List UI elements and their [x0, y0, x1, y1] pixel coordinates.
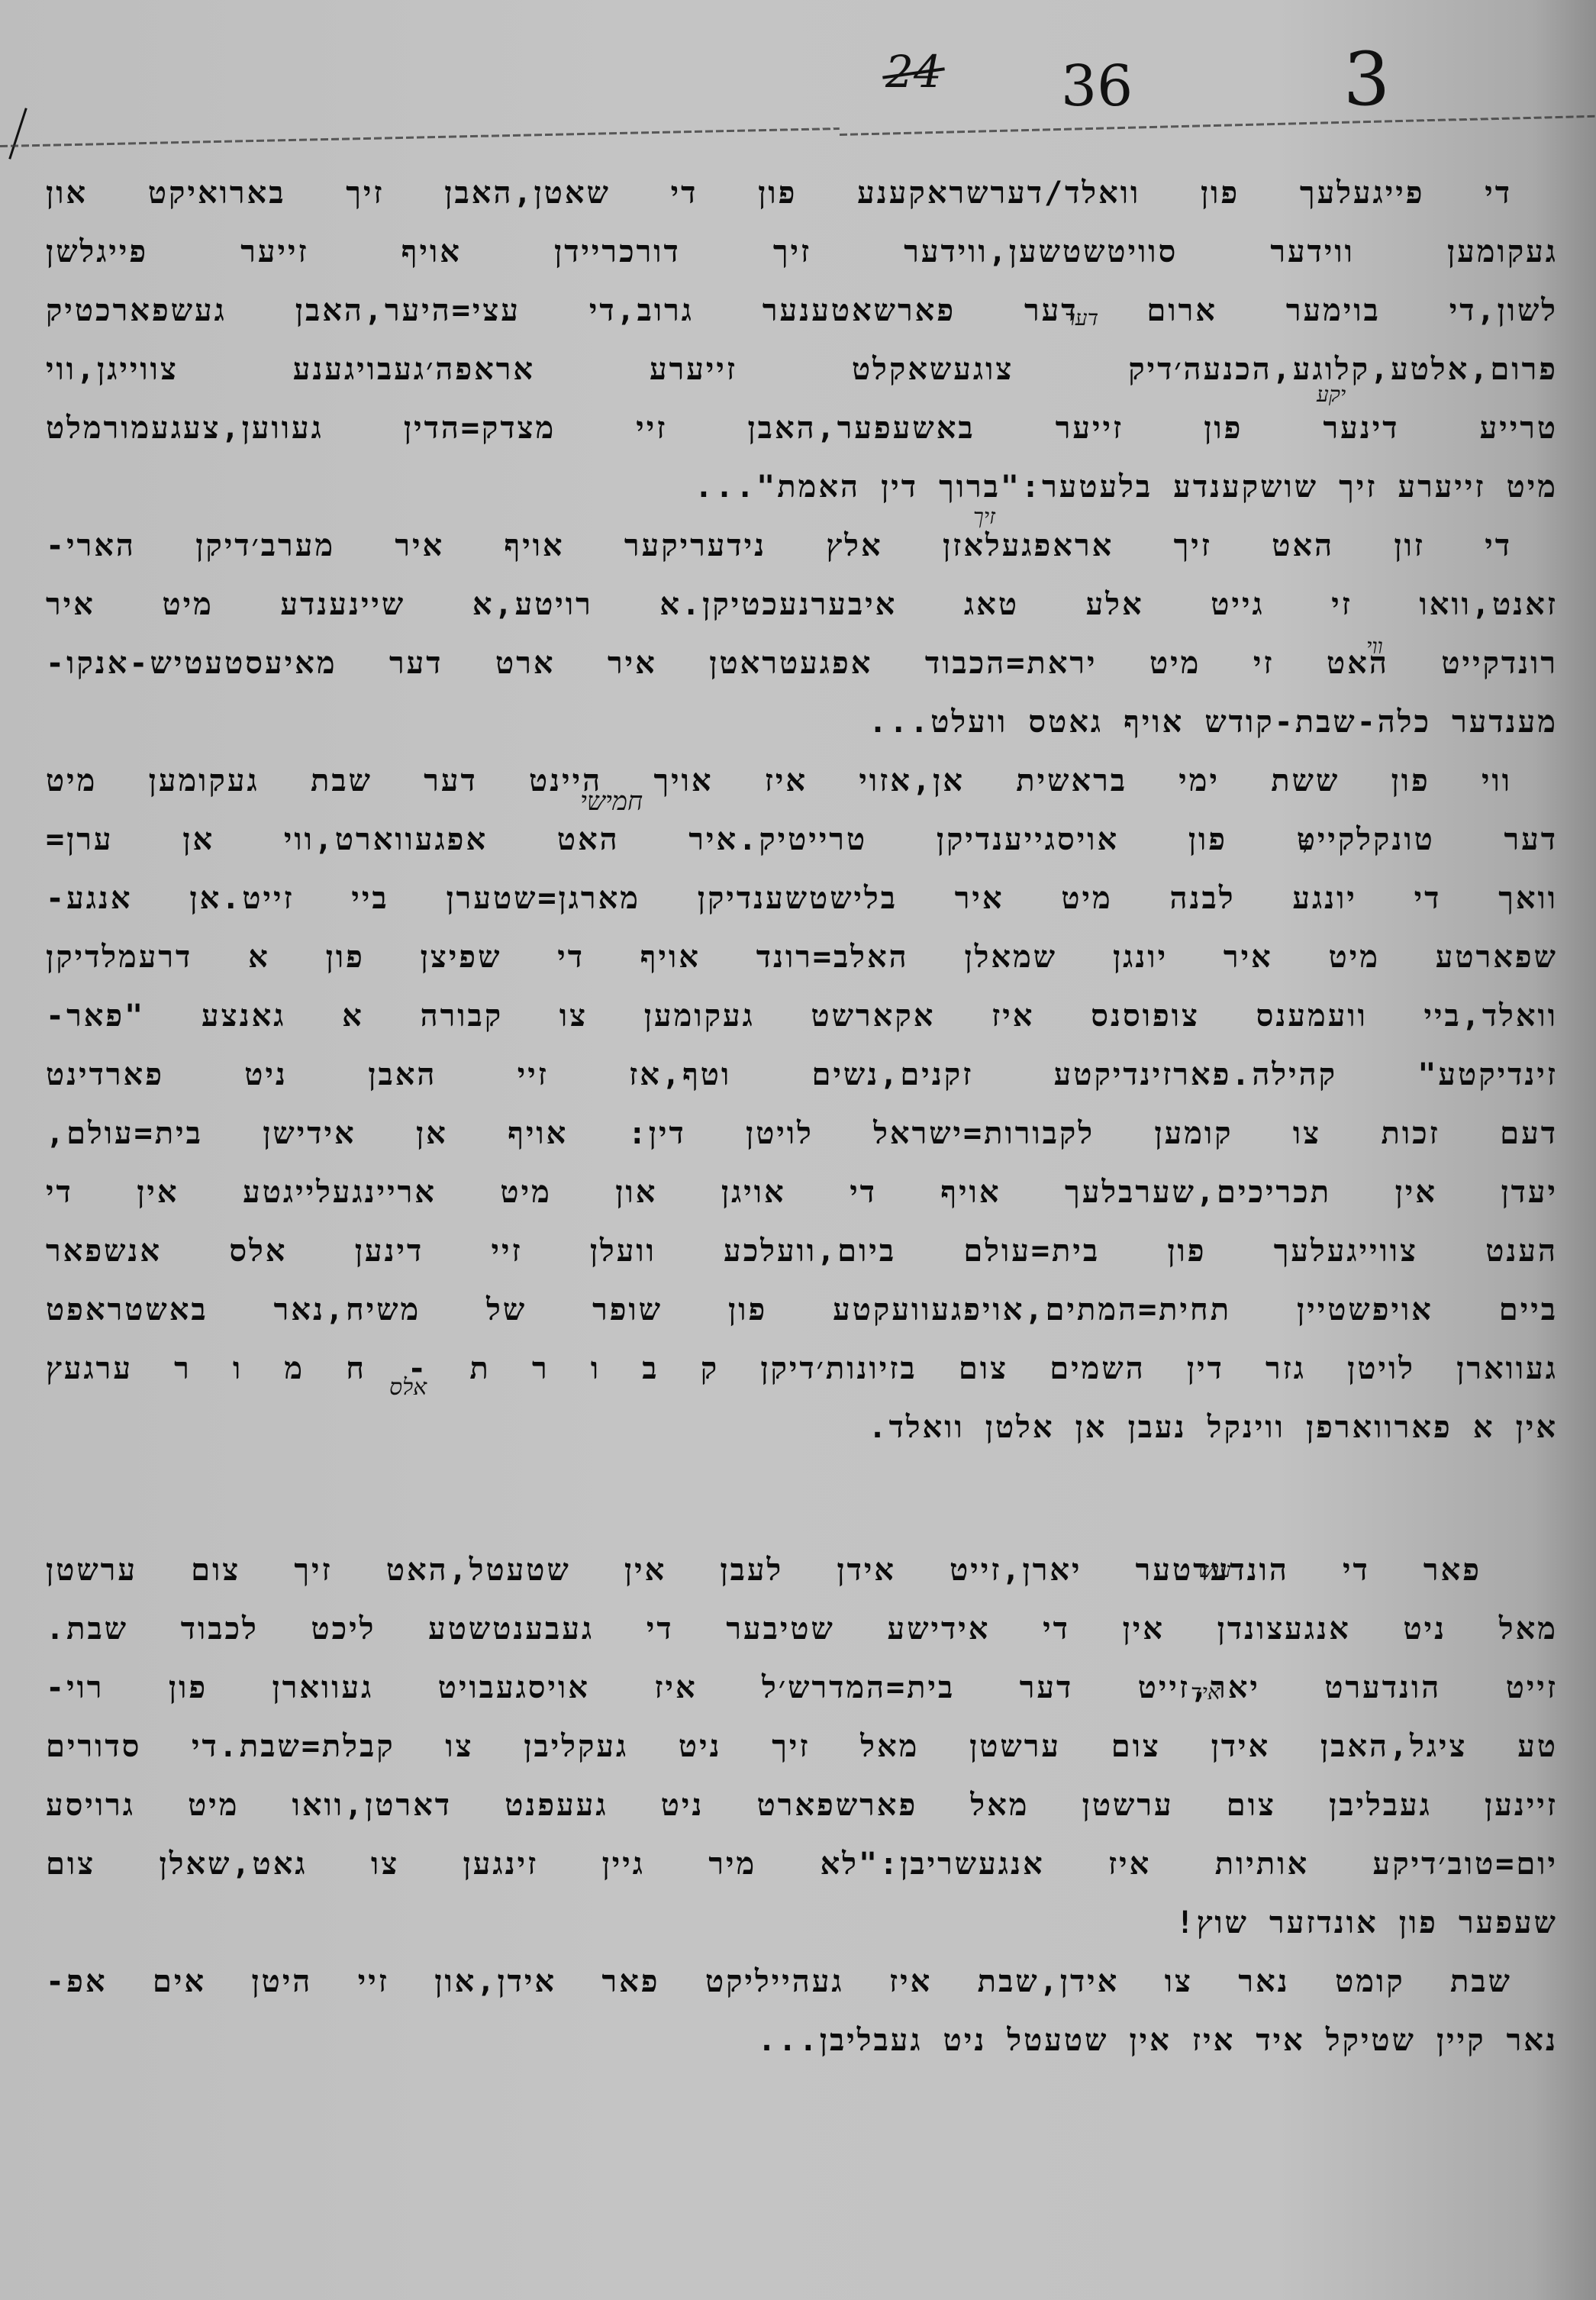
paragraph: די פייגעלעך פון וואלד/דערשראקענע פון די … [46, 164, 1558, 517]
text-line: געווארן לויטן גזר דין השמים צום בזיונות׳… [46, 1340, 1558, 1398]
text-line: הענט צווייגעלעך פון בית=עולם ביום,וועלכע… [46, 1222, 1558, 1281]
text-line: דער טונקלקייט פון אויסגייענדיקן טרייטיק.… [46, 811, 1558, 869]
document-page: 24 36 3 די פייגעלעך פון וואלד/דערשראקענע… [0, 0, 1596, 2300]
text-line: מיט זייערע זיך שושקענדע בלעטער:"ברוך דין… [46, 458, 1558, 517]
text-line: נאר קיין שטיקל איד איז אין שטעטל ניט געב… [46, 2011, 1558, 2070]
text-line: ווי פון ששת ימי בראשית אן,אזוי איז אויך … [46, 752, 1558, 811]
text-line: שעפער פון אונדזער שוץ! [46, 1894, 1558, 1953]
text-line: געקומען ווידער סוויטשטשען,ווידער זיך דור… [46, 223, 1558, 282]
handwritten-annotation: איד [1191, 1679, 1220, 1705]
text-line: דעם זכות צו קומען לקבורות=ישראל לויטן די… [46, 1105, 1558, 1163]
paragraph: פאר די הונדערטער יארן,זייט אידן לעבן אין… [46, 1541, 1558, 1953]
text-line: מענדער כלה-שבת-קודש אויף גאטס וועלט... [46, 693, 1558, 752]
text-line: יום=טוב׳דיקע אותיות איז אנגעשריבן:"לא מי… [46, 1835, 1558, 1894]
paragraph: די זון האט זיך אראפגעלאזן אלץ נידעריקער … [46, 517, 1558, 752]
page-header: 24 36 3 [0, 23, 1596, 122]
text-line: זיינען געבליבן צום ערשטן מאל פארשפארט ני… [46, 1776, 1558, 1835]
handwritten-annotation: זיך [973, 504, 995, 530]
handwritten-annotation: ווי [1366, 634, 1383, 660]
handwritten-annotation: עוש [1198, 1557, 1231, 1583]
handwritten-annotation: דער [1065, 305, 1098, 331]
handwritten-annotation: יקע [1317, 382, 1346, 408]
text-line: רונדקייט האט זי מיט יראת=הכבוד אפגעטראטן… [46, 634, 1558, 693]
handwritten-annotation: אלס [389, 1374, 427, 1401]
margin-tick-mark [8, 108, 27, 160]
text-line: טע ציגל,האבן אידן צום ערשטן מאל זיך ניט … [46, 1718, 1558, 1776]
text-line: פאר די הונדערטער יארן,זייט אידן לעבן אין… [46, 1541, 1558, 1600]
text-line: אין א פארווארפן ווינקל נעבן אן אלטן וואל… [46, 1398, 1558, 1457]
text-line: די זון האט זיך אראפגעלאזן אלץ נידעריקער … [46, 517, 1558, 576]
text-line: וואלד,ביי וועמענס צופוסנס איז אקארשט געק… [46, 987, 1558, 1046]
crossed-out-page-number: 24 [885, 46, 942, 98]
paragraph: ווי פון ששת ימי בראשית אן,אזוי איז אויך … [46, 752, 1558, 1457]
handwritten-margin-note: חמישי [580, 786, 643, 817]
text-line: זינדיקטע" קהילה.פארזינדיקטע זקנים,נשים ו… [46, 1046, 1558, 1105]
text-line: שבת קומט נאר צו אידן,שבת איז געהייליקט פ… [46, 1953, 1558, 2011]
corner-mark: 3 [1343, 37, 1390, 122]
text-line: זייט הונדערט יאר,זייט דער בית=המדרש׳ל אי… [46, 1659, 1558, 1718]
paragraph: שבת קומט נאר צו אידן,שבת איז געהייליקט פ… [46, 1953, 1558, 2070]
text-line: טרייע דינער פון זייער באשעפער,האבן זיי מ… [46, 399, 1558, 458]
text-line: די פייגעלעך פון וואלד/דערשראקענע פון די … [46, 164, 1558, 223]
page-number: 36 [1061, 53, 1133, 119]
text-line: לשון,די בוימער ארום דער פארשאטענער גרוב,… [46, 282, 1558, 340]
text-line: יעדן אין תכריכים,שערבלעך אויף די אויגן א… [46, 1163, 1558, 1222]
text-line: וואך די יונגע לבנה מיט איר בלישטשענדיקן … [46, 869, 1558, 928]
handwritten-annotation: ד [1298, 832, 1309, 859]
text-line: ביים אויפשטיין תחית=המתים,אויפגעוועקטע פ… [46, 1281, 1558, 1340]
ruled-line [0, 127, 840, 147]
text-line: זאנט,וואו זי גייט אלע טאג איבערנעכטיקן.א… [46, 576, 1558, 634]
document-body: די פייגעלעך פון וואלד/דערשראקענע פון די … [46, 164, 1558, 2070]
text-line: שפארטע מיט איר יונגן שמאלן האלב=רונד אוי… [46, 928, 1558, 987]
text-line: מאל ניט אנגעצונדן אין די אידישע שטיבער ד… [46, 1600, 1558, 1659]
